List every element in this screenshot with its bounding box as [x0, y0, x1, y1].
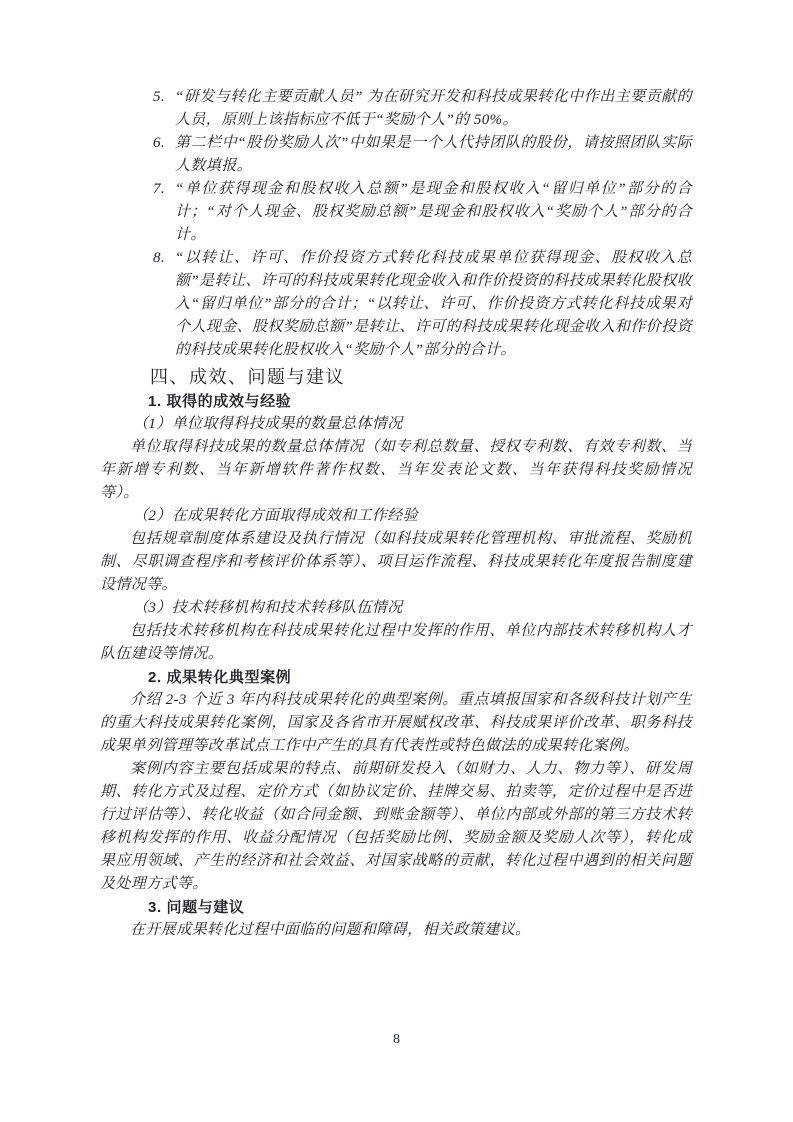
note-text: “研发与转化主要贡献人员” 为在研究开发和科技成果转化中作出主要贡献的人员，原则… [175, 89, 692, 128]
sub1-item1-title: （1）单位取得科技成果的数量总体情况 [133, 413, 692, 436]
note-item-7: 7.“单位获得现金和股权收入总额”是现金和股权收入“留归单位”部分的合计；“对个… [100, 178, 692, 247]
note-item-6: 6.第二栏中“股份奖励人次”中如果是一个人代持团队的股份，请按照团队实际人数填报… [100, 132, 692, 178]
sub2-paragraph-1: 介绍 2-3 个近 3 年内科技成果转化的典型案例。重点填报国家和各级科技计划产… [100, 689, 692, 758]
subsection-1-title: 1. 取得的成效与经验 [148, 390, 692, 413]
note-number: 7. [153, 178, 165, 201]
subsection-3-title: 3. 问题与建议 [148, 896, 692, 919]
note-number: 6. [153, 132, 165, 155]
page-footer: 8 [0, 1030, 793, 1050]
note-number: 8. [153, 247, 165, 270]
subsection-2-title: 2. 成果转化典型案例 [148, 666, 692, 689]
section-heading-4: 四、成效、问题与建议 [150, 364, 692, 390]
note-text: “单位获得现金和股权收入总额”是现金和股权收入“留归单位”部分的合计；“对个人现… [175, 181, 692, 243]
sub3-body: 在开展成果转化过程中面临的问题和障碍，相关政策建议。 [100, 919, 692, 942]
notes-list: 5.“研发与转化主要贡献人员” 为在研究开发和科技成果转化中作出主要贡献的人员，… [100, 86, 692, 362]
note-item-8: 8.“以转让、许可、作价投资方式转化科技成果单位获得现金、股权收入总额”是转让、… [100, 247, 692, 362]
note-text: 第二栏中“股份奖励人次”中如果是一个人代持团队的股份，请按照团队实际人数填报。 [175, 135, 692, 174]
sub1-item3-title: （3）技术转移机构和技术转移队伍情况 [133, 597, 692, 620]
sub2-paragraph-2: 案例内容主要包括成果的特点、前期研发投入（如财力、人力、物力等）、研发周期、转化… [100, 758, 692, 896]
document-page: 5.“研发与转化主要贡献人员” 为在研究开发和科技成果转化中作出主要贡献的人员，… [0, 0, 793, 1122]
page-content: 5.“研发与转化主要贡献人员” 为在研究开发和科技成果转化中作出主要贡献的人员，… [100, 86, 692, 942]
note-item-5: 5.“研发与转化主要贡献人员” 为在研究开发和科技成果转化中作出主要贡献的人员，… [100, 86, 692, 132]
note-number: 5. [153, 86, 165, 109]
note-text: “以转让、许可、作价投资方式转化科技成果单位获得现金、股权收入总额”是转让、许可… [175, 250, 692, 358]
page-number: 8 [393, 1032, 400, 1047]
sub1-item2-body: 包括规章制度体系建设及执行情况（如科技成果转化管理机构、审批流程、奖励机制、尽职… [100, 528, 692, 597]
sub1-item2-title: （2）在成果转化方面取得成效和工作经验 [133, 505, 692, 528]
sub1-item1-body: 单位取得科技成果的数量总体情况（如专利总数量、授权专利数、有效专利数、当年新增专… [100, 436, 692, 505]
sub1-item3-body: 包括技术转移机构在科技成果转化过程中发挥的作用、单位内部技术转移机构人才队伍建设… [100, 620, 692, 666]
